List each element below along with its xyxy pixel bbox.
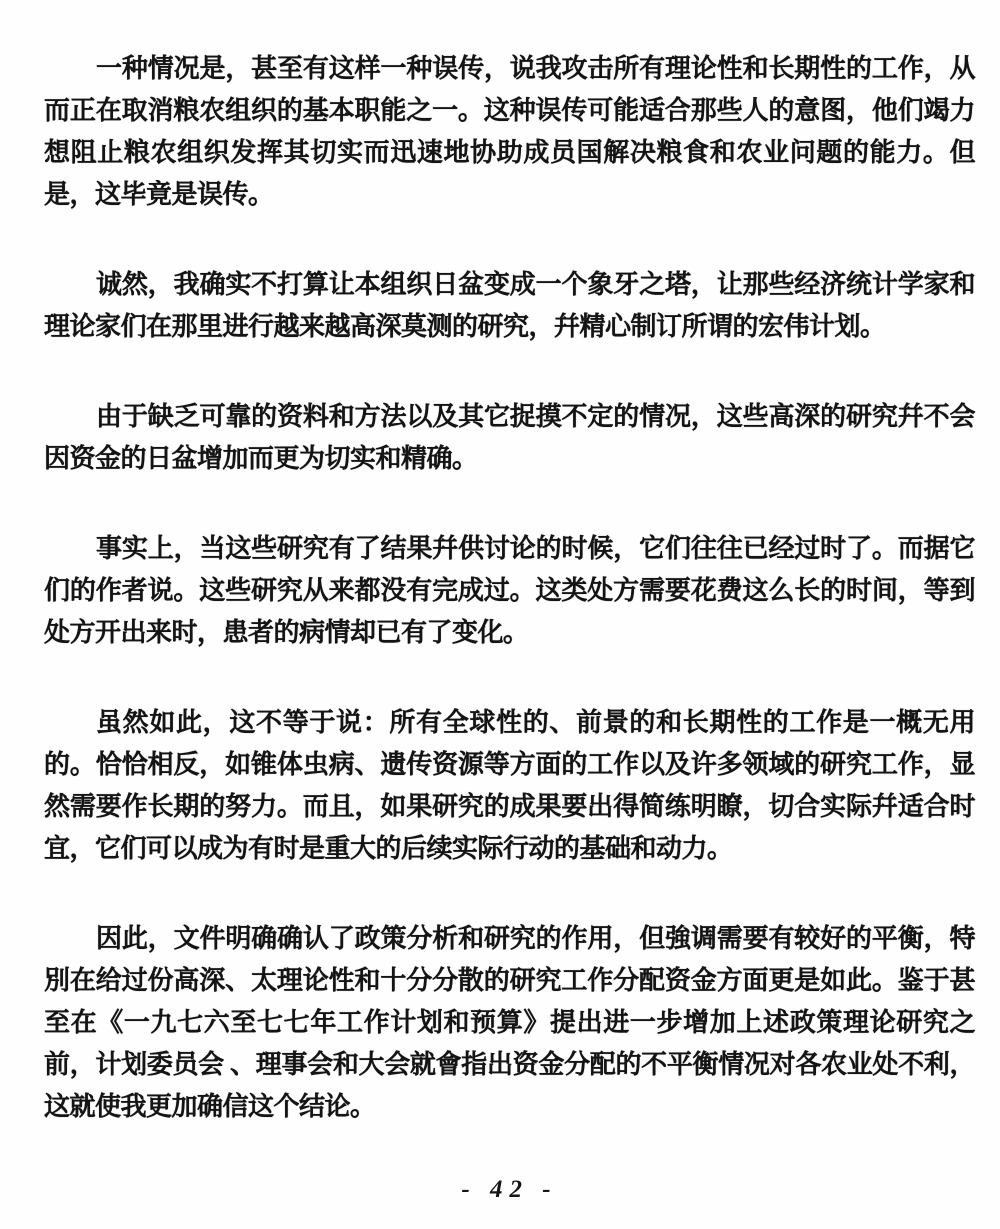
- paragraph-3: 由于缺乏可靠的资料和方法以及其它捉摸不定的情况，这些高深的研究幷不会因资金的日盆…: [44, 396, 975, 480]
- paragraph-6: 因此，文件明确确认了政策分析和研究的作用，但強调需要有较好的平衡，特別在给过份高…: [44, 918, 975, 1128]
- paragraph-2: 诚然，我确实不打算让本组织日盆变成一个象牙之塔，让那些经济统计学家和理论家们在那…: [44, 264, 975, 348]
- document-page: 一种情况是，甚至有这样一种误传，说我攻击所有理论性和长期性的工作，从而正在取消粮…: [0, 0, 1000, 1229]
- paragraph-5: 虽然如此，这不等于说：所有全球性的、前景的和长期性的工作是一概无用的。恰恰相反，…: [44, 702, 975, 870]
- paragraph-1: 一种情况是，甚至有这样一种误传，说我攻击所有理论性和长期性的工作，从而正在取消粮…: [44, 48, 975, 216]
- page-number: - 42 -: [44, 1176, 975, 1204]
- paragraph-4: 事实上，当这些研究有了结果幷供讨论的时候，它们往往已经过时了。而据它们的作者说。…: [44, 528, 975, 654]
